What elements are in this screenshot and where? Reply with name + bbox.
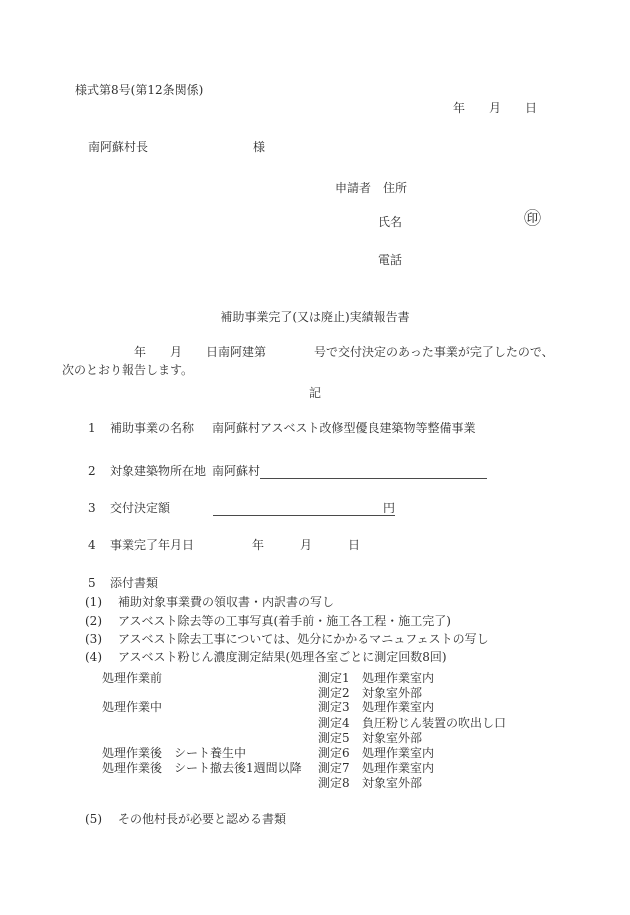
item-3-fill-in-line xyxy=(213,501,383,516)
item-3-number: 3 xyxy=(88,501,96,515)
attachment-3-number: (3) xyxy=(85,632,102,646)
measurement-7-number: 測定7 xyxy=(318,761,350,775)
measurement-4-number: 測定4 xyxy=(318,716,350,730)
item-4-value: 年 月 日 xyxy=(252,538,360,552)
measurement-5-number: 測定5 xyxy=(318,731,350,745)
measurement-3-location: 処理作業室内 xyxy=(362,700,434,714)
seal-icon: ㊞ xyxy=(524,211,541,228)
applicant-name-label: 氏名 xyxy=(378,215,402,229)
item-2-label: 対象建築物所在地 xyxy=(110,464,206,478)
item-3-unit: 円 xyxy=(383,501,395,516)
attachment-2-text: アスベスト除去等の工事写真(着手前・施工各工程・施工完了) xyxy=(118,614,451,628)
measurement-2-number: 測定2 xyxy=(318,686,350,700)
attachment-4-number: (4) xyxy=(85,650,102,664)
item-4-label: 事業完了年月日 xyxy=(110,538,194,552)
item-3-label: 交付決定額 xyxy=(110,501,170,515)
measurement-7-phase: 処理作業後 シート撤去後1週間以降 xyxy=(102,761,302,775)
item-4-number: 4 xyxy=(88,538,96,552)
attachment-2-number: (2) xyxy=(85,614,102,628)
measurement-6-location: 処理作業室内 xyxy=(362,746,434,760)
item-2-fill-in-line xyxy=(260,464,487,479)
measurement-8-location: 対象室外部 xyxy=(362,776,422,790)
measurement-3-number: 測定3 xyxy=(318,700,350,714)
measurement-1-location: 処理作業室内 xyxy=(362,671,434,685)
measurement-6-phase: 処理作業後 シート養生中 xyxy=(102,746,246,760)
ki-heading: 記 xyxy=(0,386,630,400)
measurement-6-number: 測定6 xyxy=(318,746,350,760)
measurement-4-location: 負圧粉じん装置の吹出し口 xyxy=(362,716,506,730)
applicant-phone-label: 電話 xyxy=(378,253,402,267)
measurement-3-phase: 処理作業中 xyxy=(102,700,162,714)
body-line-2: 次のとおり報告します。 xyxy=(62,363,193,377)
attachment-4-text: アスベスト粉じん濃度測定結果(処理各室ごとに測定回数8回) xyxy=(118,650,447,664)
attachment-5-number: (5) xyxy=(85,812,102,826)
item-1-number: 1 xyxy=(88,421,96,435)
measurement-5-location: 対象室外部 xyxy=(362,731,422,745)
measurement-7-location: 処理作業室内 xyxy=(362,761,434,775)
measurement-8-number: 測定8 xyxy=(318,776,350,790)
item-1-value: 南阿蘇村アスベスト改修型優良建築物等整備事業 xyxy=(212,421,476,435)
item-5-number: 5 xyxy=(88,576,96,590)
addressee-name: 南阿蘇村長 xyxy=(88,140,148,154)
addressee-honorific: 様 xyxy=(253,140,265,154)
document-page: 様式第8号(第12条関係) 年 月 日 南阿蘇村長 様 申請者 住所 氏名 ㊞ … xyxy=(0,0,630,915)
attachment-1-number: (1) xyxy=(85,595,102,609)
body-line-1: 年 月 日南阿建第 号で交付決定のあった事業が完了したので、 xyxy=(62,345,554,359)
item-2-number: 2 xyxy=(88,464,96,478)
attachment-5-text: その他村長が必要と認める書類 xyxy=(118,812,286,826)
date-blank-line: 年 月 日 xyxy=(453,101,537,115)
attachment-3-text: アスベスト除去工事については、処分にかかるマニュフェストの写し xyxy=(118,632,489,646)
item-1-label: 補助事業の名称 xyxy=(110,421,194,435)
document-title: 補助事業完了(又は廃止)実績報告書 xyxy=(0,310,630,324)
applicant-address-label: 申請者 住所 xyxy=(335,181,407,195)
measurement-1-number: 測定1 xyxy=(318,671,350,685)
form-number: 様式第8号(第12条関係) xyxy=(75,83,203,97)
measurement-1-phase: 処理作業前 xyxy=(102,671,162,685)
measurement-2-location: 対象室外部 xyxy=(362,686,422,700)
item-5-label: 添付書類 xyxy=(110,576,158,590)
item-2-value: 南阿蘇村 xyxy=(212,464,260,478)
attachment-1-text: 補助対象事業費の領収書・内訳書の写し xyxy=(118,595,334,609)
